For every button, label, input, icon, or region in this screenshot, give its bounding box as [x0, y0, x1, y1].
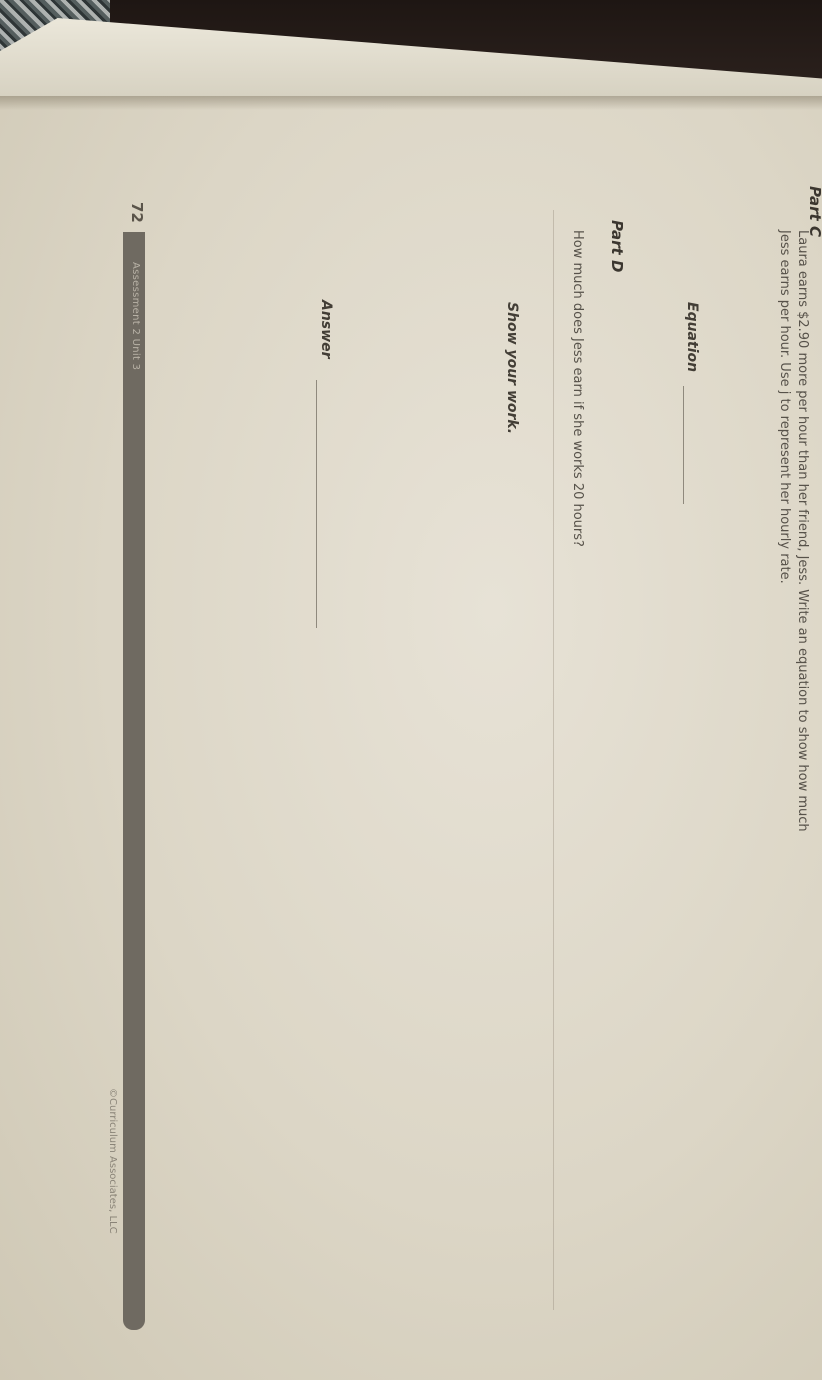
- worksheet-page: Part C Laura earns $2.90 more per hour t…: [102, 190, 822, 1340]
- answer-line[interactable]: [316, 380, 317, 628]
- page-number: 72: [128, 202, 146, 223]
- paper-shadow: [0, 96, 822, 110]
- show-work-label: Show your work.: [504, 302, 520, 434]
- footer-bar: [123, 232, 145, 1330]
- part-c-prompt-line-2: Jess earns per hour. Use j to represent …: [777, 230, 792, 584]
- answer-label: Answer: [318, 300, 334, 358]
- paper-fold-crease: [553, 210, 554, 1310]
- part-c-prompt-line-1: Laura earns $2.90 more per hour than her…: [795, 230, 810, 832]
- part-d-prompt: How much does Jess earn if she works 20 …: [570, 230, 585, 547]
- equation-answer-line[interactable]: [683, 386, 684, 504]
- equation-label: Equation: [684, 302, 700, 372]
- part-d-heading: Part D: [608, 220, 626, 272]
- footer-title: Assessment 2 Unit 3: [130, 262, 141, 370]
- copyright-notice: ©Curriculum Associates, LLC: [107, 1088, 118, 1234]
